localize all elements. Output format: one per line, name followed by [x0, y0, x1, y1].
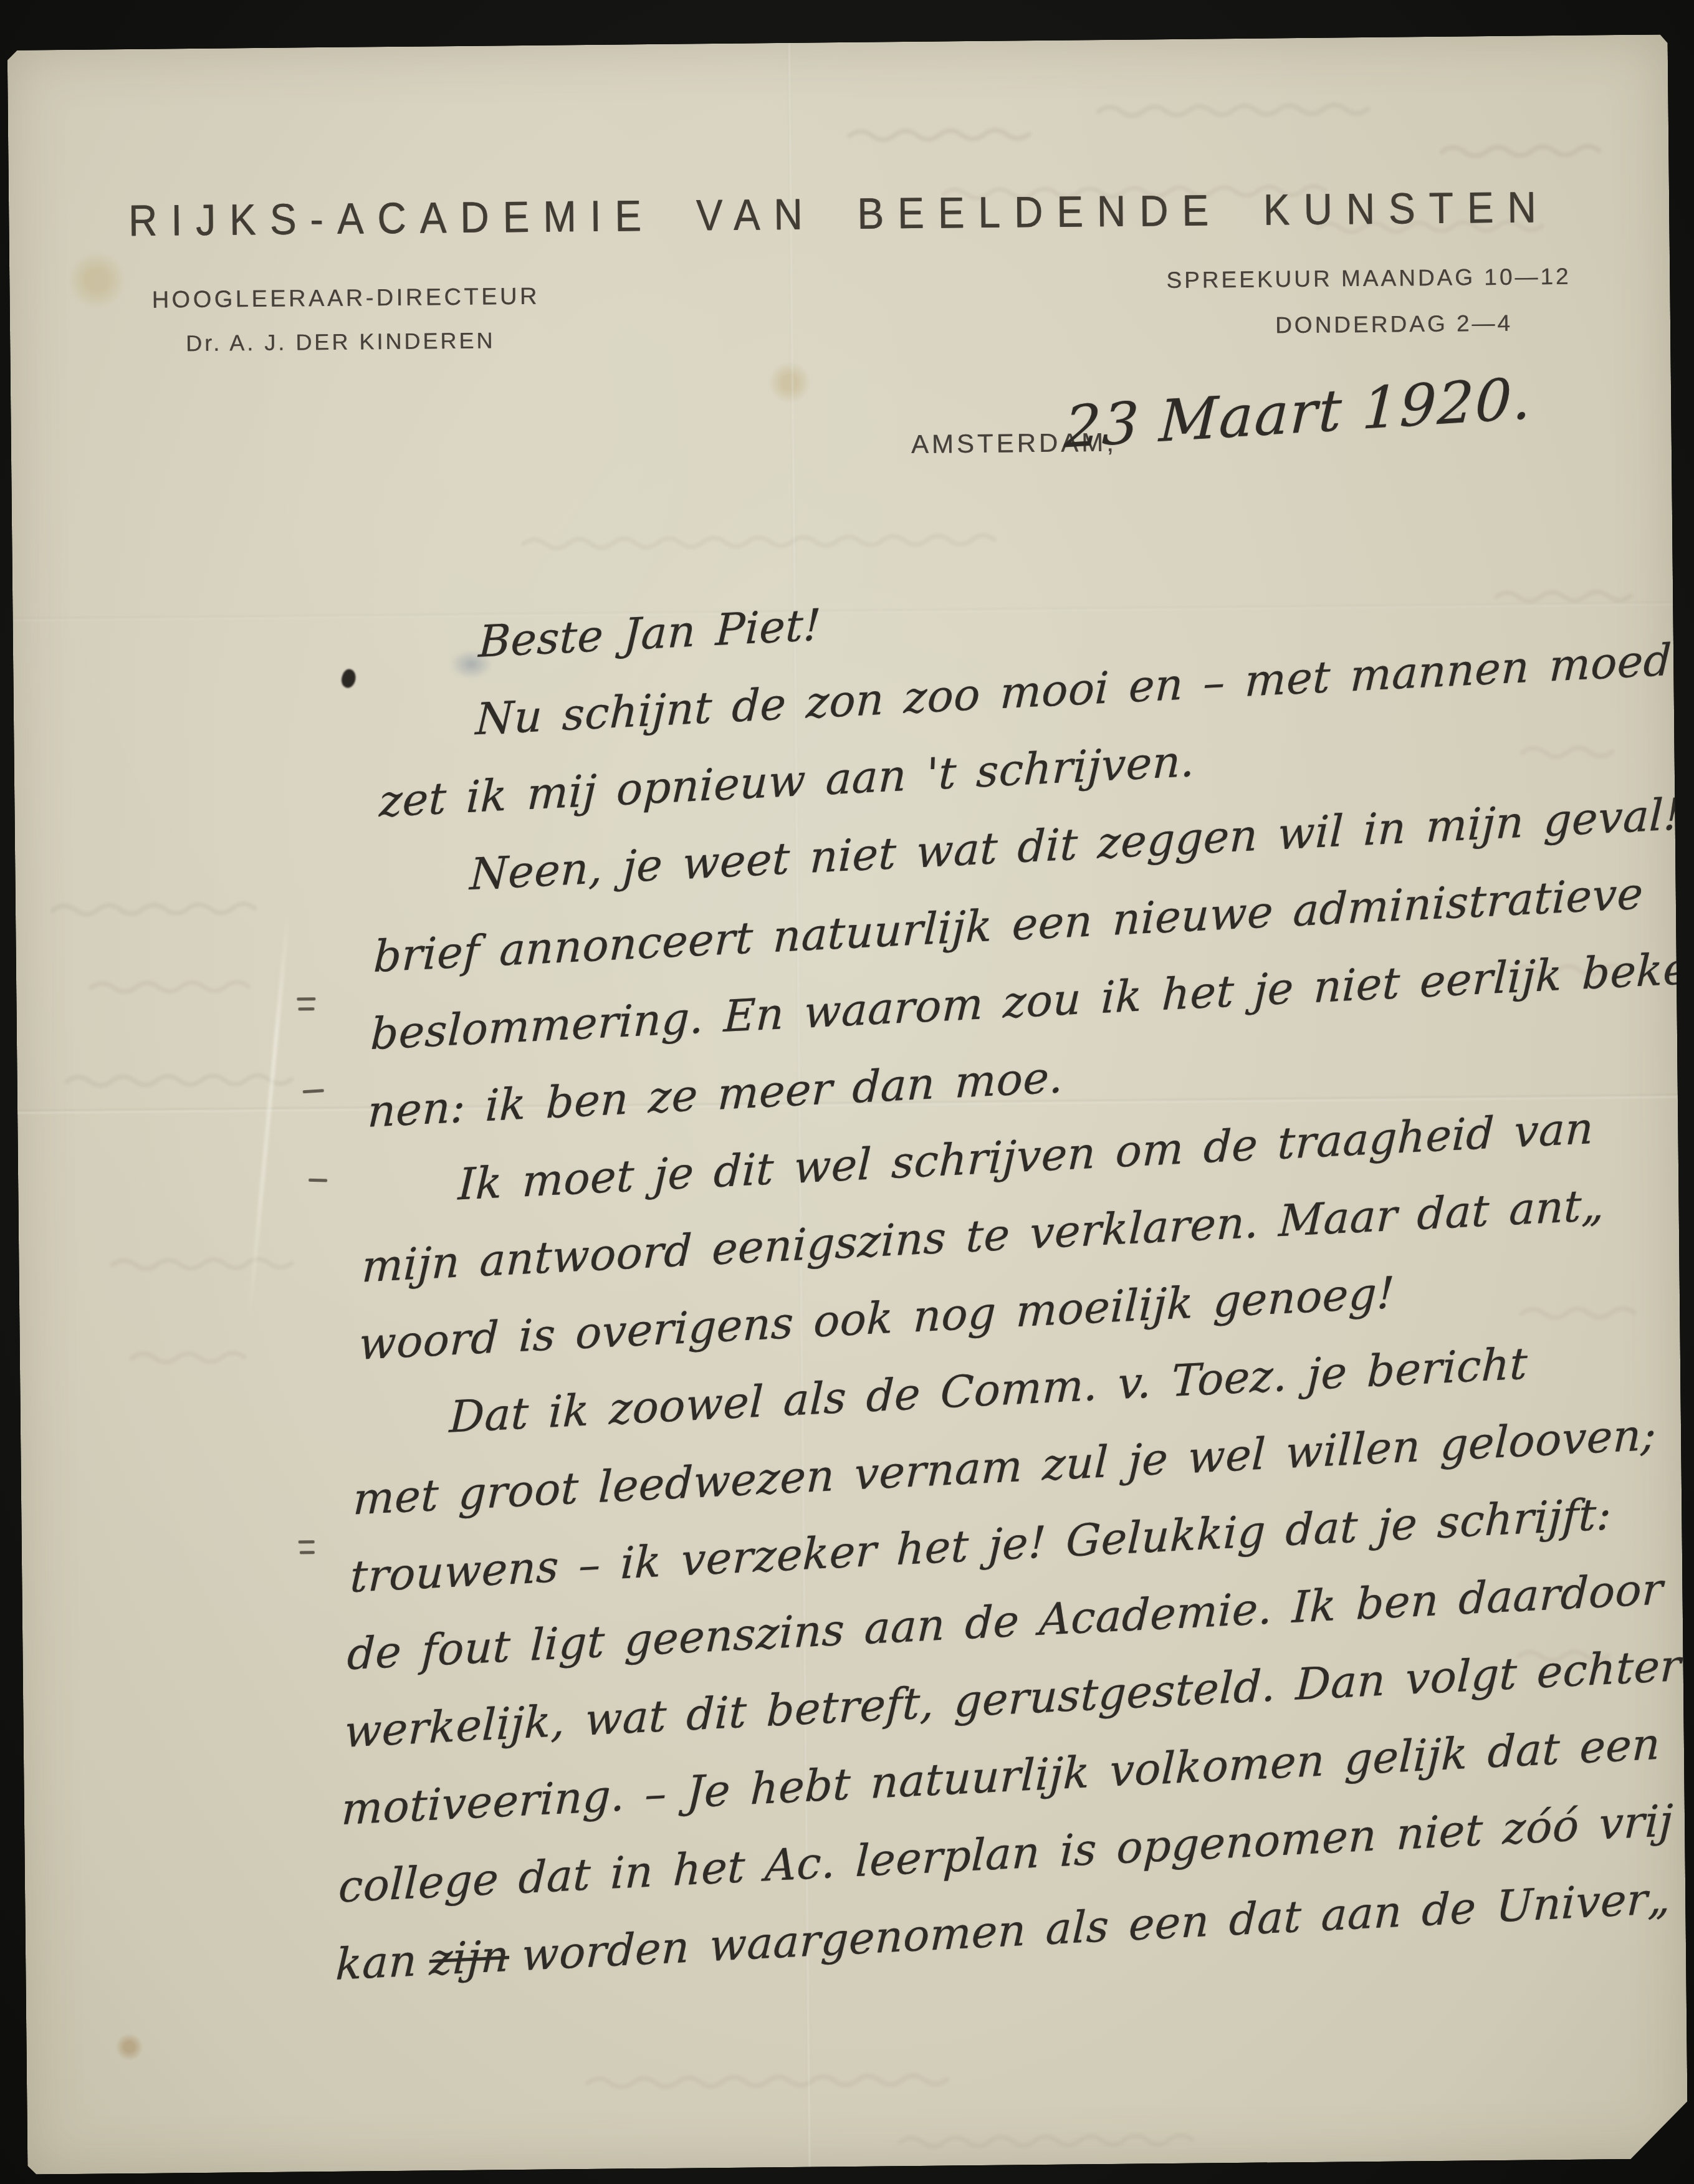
pencil-dash-mark	[303, 1089, 324, 1093]
office-hours-line-1: SPREEKUUR MAANDAG 10—12	[1166, 264, 1571, 294]
pencil-dash-mark	[300, 1551, 315, 1554]
struck-word: zijn	[429, 1930, 510, 1986]
letterhead-title: RIJKS-ACADEMIE VAN BEELDENDE KUNSTEN	[9, 181, 1670, 247]
dark-paper-blemish	[339, 668, 358, 689]
office-hours-line-2: DONDERDAG 2—4	[1275, 310, 1513, 339]
handwritten-body: Beste Jan Piet! Nu schijnt de zon zoo mo…	[334, 544, 1681, 2003]
director-name-line: Dr. A. J. DER KINDEREN	[186, 327, 495, 357]
last-line-start: kan	[335, 1935, 418, 1990]
handwritten-date: 23 Maart 1920.	[1063, 365, 1534, 461]
pencil-dash-mark	[309, 1179, 327, 1182]
scan-background: RIJKS-ACADEMIE VAN BEELDENDE KUNSTEN HOO…	[0, 0, 1694, 2184]
director-role-line: HOOGLEERAAR-DIRECTEUR	[151, 284, 540, 314]
pencil-dash-mark	[298, 1007, 314, 1010]
pencil-dash-mark	[297, 997, 315, 1000]
pencil-dash-mark	[299, 1540, 315, 1543]
diagonal-crease-highlight	[247, 914, 290, 1318]
letter-paper: RIJKS-ACADEMIE VAN BEELDENDE KUNSTEN HOO…	[7, 34, 1688, 2174]
